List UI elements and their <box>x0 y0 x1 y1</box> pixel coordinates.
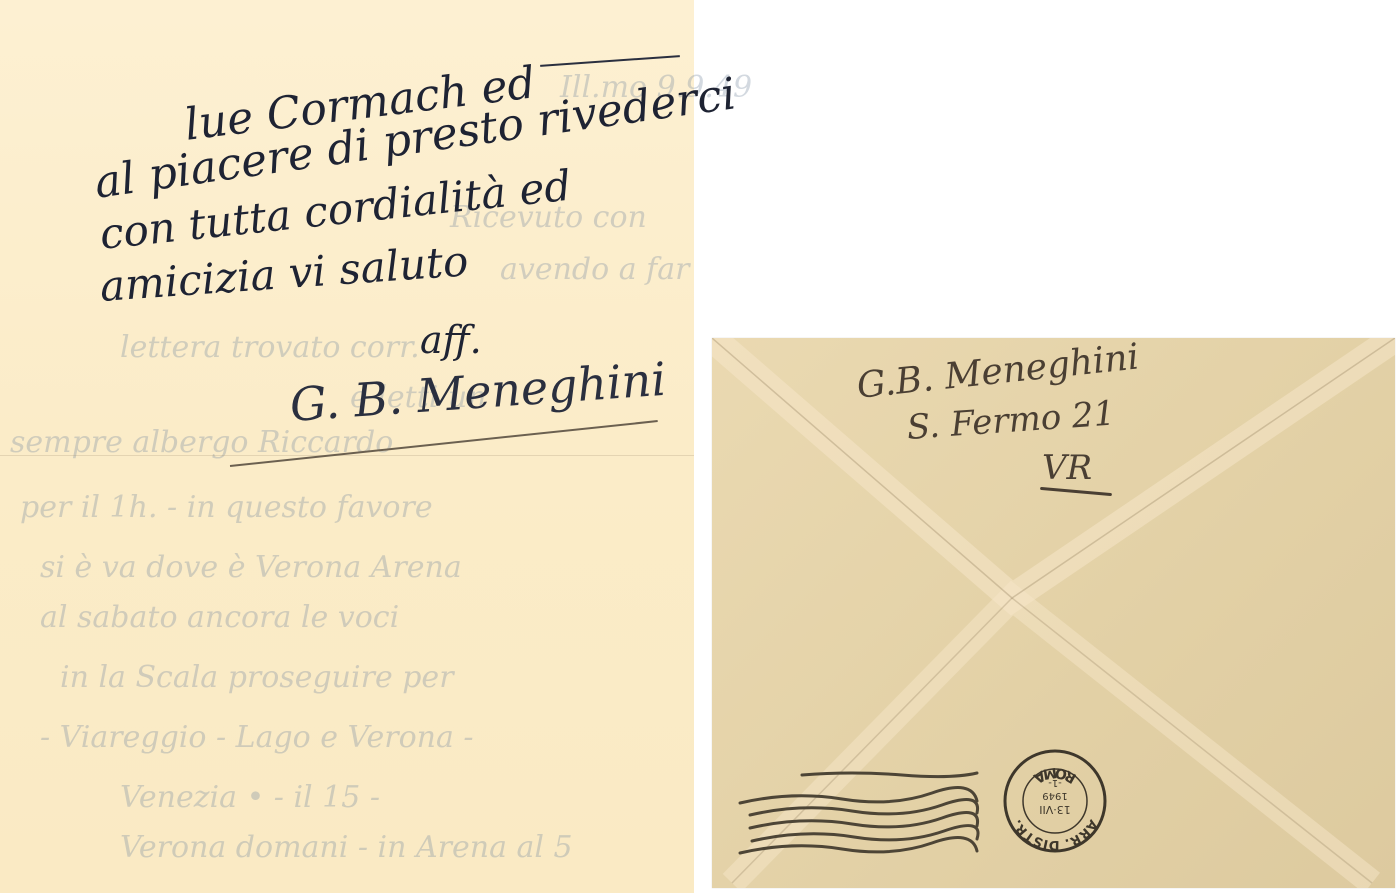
bleed-through-text: al sabato ancora le voci <box>40 600 399 635</box>
bleed-through-text: avendo a far <box>500 252 689 287</box>
svg-text:-1-: -1- <box>1048 777 1062 788</box>
bleed-through-text: lettera trovato corr. <box>120 330 420 365</box>
fold-line <box>0 455 694 456</box>
bleed-through-text: si è va dove è Verona Arena <box>40 550 462 585</box>
sender-city: VR <box>1042 448 1092 488</box>
pen-stroke <box>540 55 680 67</box>
wavy-cancellation-icon <box>732 753 982 863</box>
letter-closing: aff. <box>420 318 482 362</box>
postmark-stamp-icon: ARR. DISTR. ROMA 13·VII 1949 -1- <box>1000 746 1110 856</box>
bleed-through-text: Venezia • - il 15 - <box>120 780 380 815</box>
bleed-through-text: Verona domani - in Arena al 5 <box>120 830 573 865</box>
svg-text:13·VII: 13·VII <box>1039 803 1071 816</box>
bleed-through-text: per il 1h. - in questo favore <box>20 490 433 525</box>
bleed-through-text: - Viareggio - Lago e Verona - <box>40 720 474 755</box>
envelope-back: G.B. Meneghini S. Fermo 21 VR ARR. DISTR… <box>712 338 1395 888</box>
handwritten-letter-sheet: Ill.mo 9.9.49 Ricevuto con avendo a far … <box>0 0 694 893</box>
bleed-through-text: in la Scala proseguire per <box>60 660 454 695</box>
svg-text:1949: 1949 <box>1042 790 1067 801</box>
svg-text:ARR. DISTR.: ARR. DISTR. <box>1009 817 1100 852</box>
